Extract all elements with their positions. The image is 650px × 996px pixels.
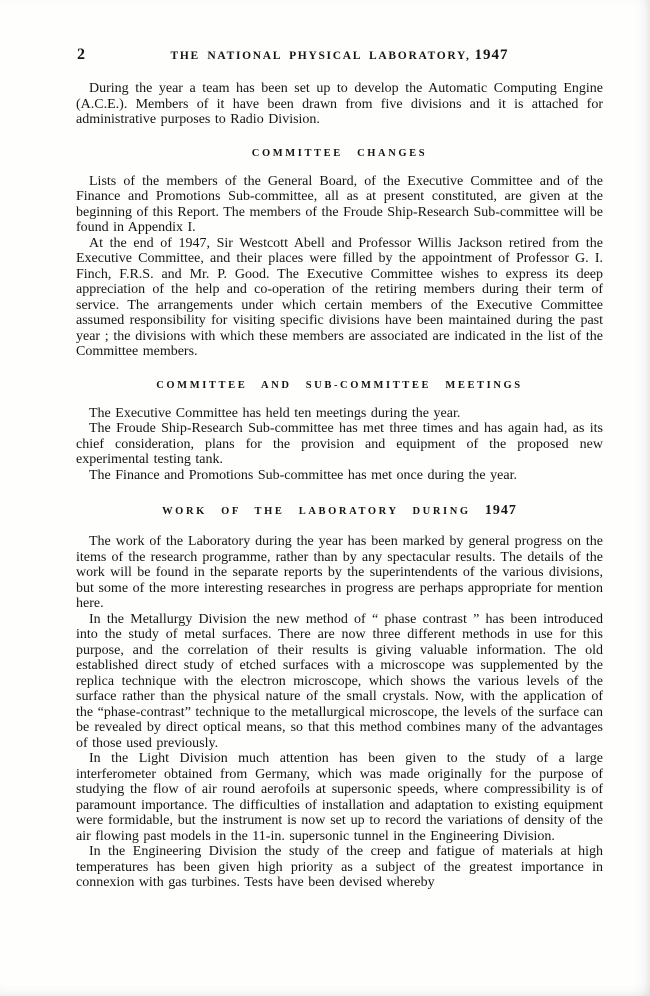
section-heading-meetings: COMMITTEE AND SUB-COMMITTEE MEETINGS <box>76 380 603 391</box>
section-heading-committee-changes: COMMITTEE CHANGES <box>76 148 603 159</box>
paragraph-general-progress: The work of the Laboratory during the ye… <box>76 534 603 612</box>
running-title: THE NATIONAL PHYSICAL LABORATORY, 1947 <box>76 46 603 64</box>
page-number: 2 <box>77 46 86 64</box>
paragraph-committee-lists: Lists of the members of the General Boar… <box>76 174 603 236</box>
paragraph-ace: During the year a team has been set up t… <box>76 81 603 128</box>
paragraph-light-division: In the Light Division much attention has… <box>76 751 603 844</box>
running-title-year: 1947 <box>475 47 509 63</box>
section-heading-year: 1947 <box>485 503 517 518</box>
paragraph-froude-meetings: The Froude Ship-Research Sub-committee h… <box>76 421 603 468</box>
paragraph-committee-retirements: At the end of 1947, Sir Westcott Abell a… <box>76 236 603 360</box>
section-heading-text: WORK OF THE LABORATORY DURING <box>162 506 471 517</box>
section-heading-work-1947: WORK OF THE LABORATORY DURING 1947 <box>76 503 603 519</box>
running-title-text: THE NATIONAL PHYSICAL LABORATORY, <box>170 50 470 62</box>
running-head: 2 THE NATIONAL PHYSICAL LABORATORY, 1947 <box>76 46 603 65</box>
paragraph-finance-meetings: The Finance and Promotions Sub-committee… <box>76 468 603 484</box>
paragraph-metallurgy: In the Metallurgy Division the new metho… <box>76 612 603 752</box>
paragraph-engineering: In the Engineering Division the study of… <box>76 844 603 891</box>
scanned-report-page: 2 THE NATIONAL PHYSICAL LABORATORY, 1947… <box>0 0 650 996</box>
paragraph-executive-meetings: The Executive Committee has held ten mee… <box>76 406 603 422</box>
